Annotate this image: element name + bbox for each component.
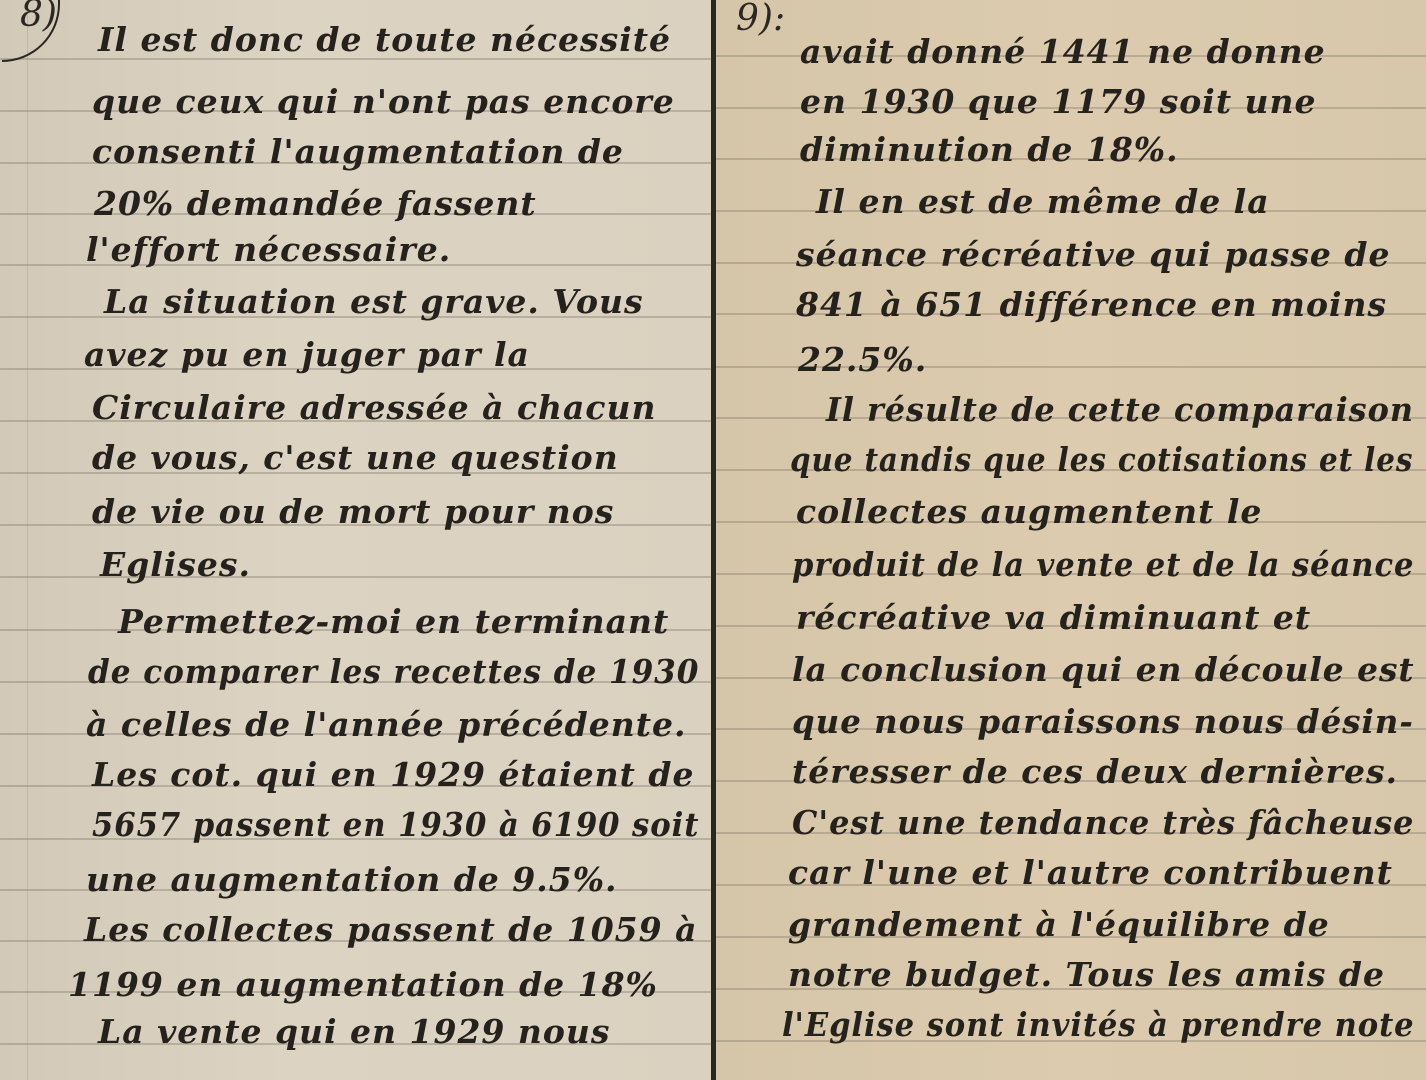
text-line: que nous paraissons nous désin- xyxy=(792,702,1414,742)
text-line: en 1930 que 1179 soit une xyxy=(800,82,1317,122)
text-line: de comparer les recettes de 1930 xyxy=(88,652,699,692)
text-line: Les cot. qui en 1929 étaient de xyxy=(92,755,694,795)
text-line: Permettez-moi en terminant xyxy=(118,602,669,642)
page-number-bracket-icon xyxy=(2,0,60,62)
text-line: avait donné 1441 ne donne xyxy=(800,32,1326,72)
text-line: Eglises. xyxy=(100,545,251,585)
text-line: consenti l'augmentation de xyxy=(92,132,624,172)
text-line: La situation est grave. Vous xyxy=(104,282,644,322)
text-line: l'Eglise sont invités à prendre note xyxy=(782,1005,1415,1045)
text-line: grandement à l'équilibre de xyxy=(788,905,1330,945)
text-line: l'effort nécessaire. xyxy=(86,230,451,270)
right-page: 9): avait donné 1441 ne donne en 1930 qu… xyxy=(716,0,1426,1080)
text-line: Circulaire adressée à chacun xyxy=(92,388,657,428)
text-line: à celles de l'année précédente. xyxy=(86,705,686,745)
text-line: 5657 passent en 1930 à 6190 soit xyxy=(92,805,699,845)
text-line: que ceux qui n'ont pas encore xyxy=(92,82,675,122)
text-line: notre budget. Tous les amis de xyxy=(788,955,1385,995)
text-line: Les collectes passent de 1059 à xyxy=(84,910,697,950)
text-line: 22.5%. xyxy=(798,340,927,380)
text-line: La vente qui en 1929 nous xyxy=(98,1012,610,1052)
text-line: séance récréative qui passe de xyxy=(796,235,1390,275)
text-line: que tandis que les cotisations et les xyxy=(790,440,1413,480)
text-line: récréative va diminuant et xyxy=(796,598,1311,638)
text-line: 1199 en augmentation de 18% xyxy=(68,965,658,1005)
text-line: diminution de 18%. xyxy=(800,130,1179,170)
text-line: téresser de ces deux dernières. xyxy=(792,752,1398,792)
text-line: de vie ou de mort pour nos xyxy=(92,492,614,532)
text-line: Il résulte de cette comparaison xyxy=(826,390,1414,430)
text-line: car l'une et l'autre contribuent xyxy=(788,853,1393,893)
text-line: produit de la vente et de la séance xyxy=(792,545,1414,585)
left-page: 8) Il est donc de toute nécessité que ce… xyxy=(0,0,711,1080)
text-line: 841 à 651 différence en moins xyxy=(796,285,1387,325)
text-line: de vous, c'est une question xyxy=(92,438,619,478)
text-line: C'est une tendance très fâcheuse xyxy=(792,803,1414,843)
text-line: Il en est de même de la xyxy=(816,182,1270,222)
page-number: 9): xyxy=(736,0,785,39)
text-line: la conclusion qui en découle est xyxy=(792,650,1415,690)
text-line: une augmentation de 9.5%. xyxy=(86,860,618,900)
text-line: 20% demandée fassent xyxy=(94,184,537,224)
text-line: Il est donc de toute nécessité xyxy=(98,20,671,60)
text-line: collectes augmentent le xyxy=(796,492,1262,532)
text-line: avez pu en juger par la xyxy=(84,335,530,375)
